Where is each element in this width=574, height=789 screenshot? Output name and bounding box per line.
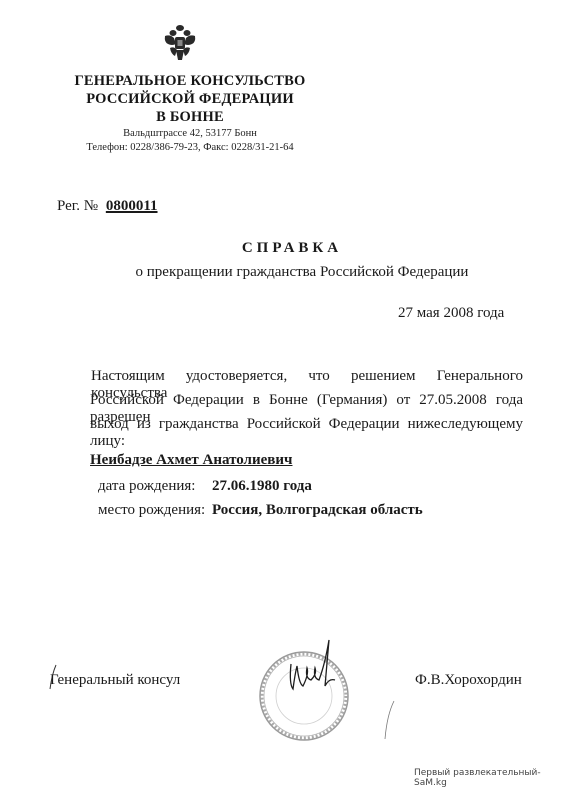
org-name-line-1: ГЕНЕРАЛЬНОЕ КОНСУЛЬСТВО	[60, 73, 320, 90]
org-name-line-3: В БОННЕ	[60, 109, 320, 126]
birth-place-label: место рождения:	[98, 502, 205, 519]
pen-stroke-icon	[383, 700, 395, 740]
document-title: СПРАВКА	[0, 240, 574, 257]
document-date: 27 мая 2008 года	[398, 305, 504, 322]
birth-date-label: дата рождения:	[98, 478, 195, 495]
birth-place-value: Россия, Волгоградская область	[212, 502, 423, 519]
birth-date-value: 27.06.1980 года	[212, 478, 312, 495]
registration-number: Рег. № 0800011	[57, 198, 158, 215]
double-headed-eagle-icon	[162, 24, 198, 64]
registration-value: 0800011	[106, 198, 158, 214]
signatory-position: Генеральный консул	[50, 672, 180, 689]
org-contacts: Телефон: 0228/386-79-23, Факс: 0228/31-2…	[60, 142, 320, 153]
document-subtitle: о прекращении гражданства Российской Фед…	[0, 264, 574, 281]
person-name: Неибадзе Ахмет Анатолиевич	[90, 452, 292, 469]
handwritten-signature-icon	[285, 634, 345, 704]
watermark-text: Первый развлекательный- SaM.kg	[414, 768, 574, 788]
registration-label: Рег. №	[57, 198, 98, 214]
body-line-3: выход из гражданства Российской Федераци…	[90, 416, 523, 450]
org-name-line-2: РОССИЙСКОЙ ФЕДЕРАЦИИ	[60, 91, 320, 108]
signatory-name: Ф.В.Хорохордин	[415, 672, 522, 689]
org-address: Вальдштрассе 42, 53177 Бонн	[60, 128, 320, 139]
